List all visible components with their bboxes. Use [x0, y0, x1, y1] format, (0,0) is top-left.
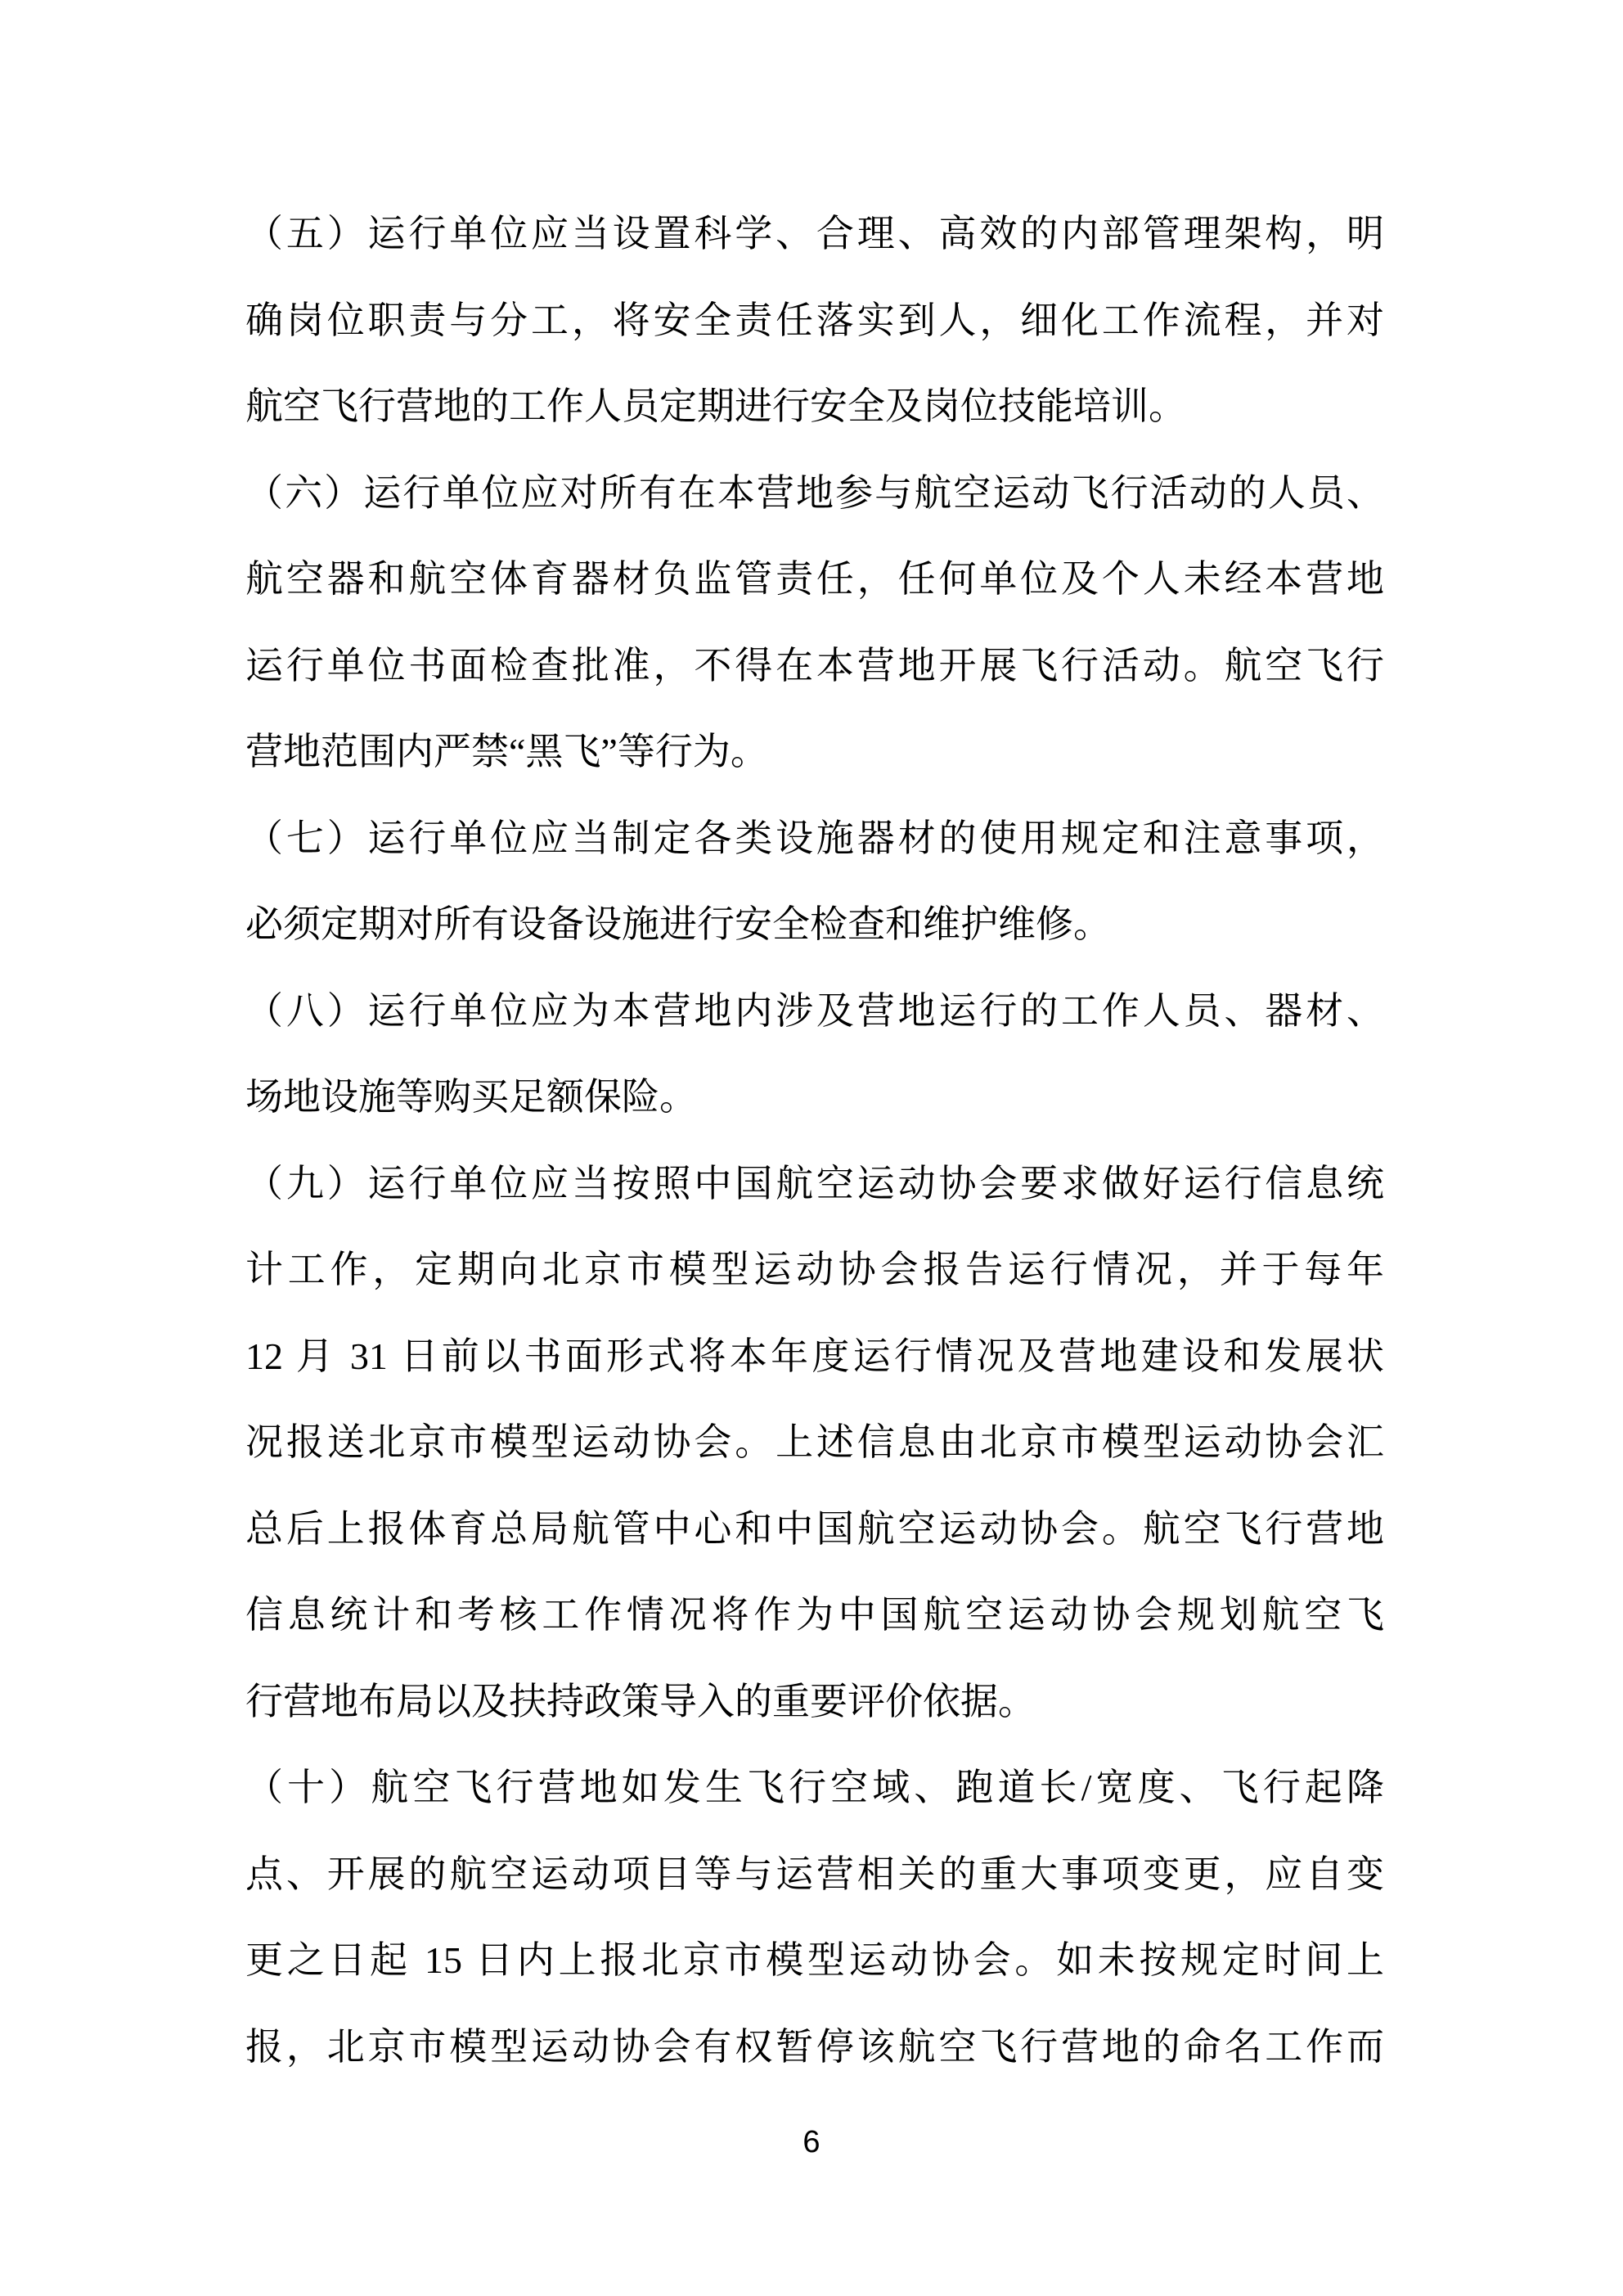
text-line: 报，北京市模型运动协会有权暂停该航空飞行营地的命名工作而 [245, 2004, 1384, 2091]
text-line: 行营地布局以及扶持政策导入的重要评价依据。 [245, 1659, 1384, 1745]
paragraph: （六）运行单位应对所有在本营地参与航空运动飞行活动的人员、航空器和航空体育器材负… [245, 450, 1384, 795]
document-page: （五）运行单位应当设置科学、合理、高效的内部管理架构，明确岗位职责与分工，将安全… [0, 0, 1623, 2296]
text-line: （十）航空飞行营地如发生飞行空域、跑道长/宽度、飞行起降 [245, 1745, 1384, 1831]
text-line: 必须定期对所有设备设施进行安全检查和维护维修。 [245, 881, 1384, 968]
text-line: 航空器和航空体育器材负监管责任，任何单位及个人未经本营地 [245, 536, 1384, 623]
text-line: 总后上报体育总局航管中心和中国航空运动协会。航空飞行营地 [245, 1486, 1384, 1573]
text-line: （五）运行单位应当设置科学、合理、高效的内部管理架构，明 [245, 191, 1384, 277]
text-line: 点、开展的航空运动项目等与运营相关的重大事项变更，应自变 [245, 1831, 1384, 1918]
paragraph: （九）运行单位应当按照中国航空运动协会要求做好运行信息统计工作，定期向北京市模型… [245, 1141, 1384, 1745]
text-line: 航空飞行营地的工作人员定期进行安全及岗位技能培训。 [245, 363, 1384, 450]
text-line: （七）运行单位应当制定各类设施器材的使用规定和注意事项， [245, 795, 1384, 882]
text-line: 12 月 31 日前以书面形式将本年度运行情况及营地建设和发展状 [245, 1313, 1384, 1400]
document-body: （五）运行单位应当设置科学、合理、高效的内部管理架构，明确岗位职责与分工，将安全… [245, 191, 1384, 2090]
text-line: 更之日起 15 日内上报北京市模型运动协会。如未按规定时间上 [245, 1917, 1384, 2004]
text-line: （九）运行单位应当按照中国航空运动协会要求做好运行信息统 [245, 1141, 1384, 1227]
text-line: 确岗位职责与分工，将安全责任落实到人，细化工作流程，并对 [245, 277, 1384, 364]
text-line: （六）运行单位应对所有在本营地参与航空运动飞行活动的人员、 [245, 450, 1384, 537]
text-line: 计工作，定期向北京市模型运动协会报告运行情况，并于每年 [245, 1227, 1384, 1313]
text-line: 场地设施等购买足额保险。 [245, 1054, 1384, 1141]
page-number: 6 [803, 2125, 820, 2159]
paragraph: （十）航空飞行营地如发生飞行空域、跑道长/宽度、飞行起降点、开展的航空运动项目等… [245, 1745, 1384, 2090]
page-footer: 6 [0, 2124, 1623, 2160]
text-line: 营地范围内严禁“黑飞”等行为。 [245, 709, 1384, 795]
paragraph: （五）运行单位应当设置科学、合理、高效的内部管理架构，明确岗位职责与分工，将安全… [245, 191, 1384, 450]
text-line: 况报送北京市模型运动协会。上述信息由北京市模型运动协会汇 [245, 1399, 1384, 1486]
text-line: 信息统计和考核工作情况将作为中国航空运动协会规划航空飞 [245, 1572, 1384, 1659]
paragraph: （八）运行单位应为本营地内涉及营地运行的工作人员、器材、场地设施等购买足额保险。 [245, 968, 1384, 1141]
text-line: （八）运行单位应为本营地内涉及营地运行的工作人员、器材、 [245, 968, 1384, 1055]
paragraph: （七）运行单位应当制定各类设施器材的使用规定和注意事项，必须定期对所有设备设施进… [245, 795, 1384, 968]
text-line: 运行单位书面检查批准，不得在本营地开展飞行活动。航空飞行 [245, 623, 1384, 709]
